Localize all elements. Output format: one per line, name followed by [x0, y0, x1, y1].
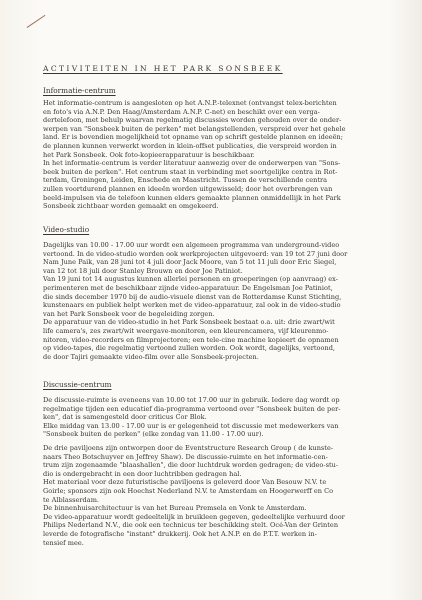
- text-line: op video-tapes, die regelmatig vertoond …: [43, 344, 422, 353]
- text-line: trum zijn zogenaamde "blaashallen", die …: [43, 461, 422, 470]
- text-line: Het materiaal voor deze futuristische pa…: [43, 478, 422, 487]
- document-page: ACTIVITEITEN IN HET PARK SONSBEEK Inform…: [0, 0, 422, 600]
- text-line: van het Park Sonsbeek voor de begeleidin…: [43, 310, 422, 319]
- document-title: ACTIVITEITEN IN HET PARK SONSBEEK: [43, 64, 283, 73]
- text-line: nitoren, video-recorders en filmprojecto…: [43, 336, 422, 345]
- paragraph: De drie paviljoens zijn ontworpen door d…: [43, 444, 422, 478]
- paragraph: De apparatuur van de video-studio in het…: [43, 318, 422, 361]
- text-line: de plannen kunnen verwerkt worden in kle…: [43, 142, 422, 151]
- paragraph: Elke middag van 13.00 - 17.00 uur is er …: [43, 422, 422, 439]
- text-line: naars Theo Botschuyver en Jeffrey Shaw).…: [43, 453, 422, 462]
- text-line: Nam June Paik, van 28 juni tot 4 juli do…: [43, 258, 422, 267]
- text-line: kunstenaars en publiek helpt werken met …: [43, 301, 422, 310]
- text-line: tensief mee.: [43, 539, 422, 548]
- paragraph: De video-apparatuur wordt gedeeltelijk i…: [43, 513, 422, 547]
- text-line: Het informatie-centrum is aangesloten op…: [43, 99, 422, 108]
- text-line: perimenteren met de beschikbaar zijnde v…: [43, 284, 422, 293]
- text-line: beek buiten de perken". Het centrum staa…: [43, 168, 422, 177]
- paragraph: In het informatie-centrum is verder lite…: [43, 159, 422, 211]
- section-heading-video-studio: Video-studio: [43, 225, 89, 234]
- paragraph: Het informatie-centrum is aangesloten op…: [43, 99, 422, 159]
- paragraph: Van 19 juni tot 14 augustus kunnen aller…: [43, 275, 422, 318]
- text-line: De video-apparatuur wordt gedeeltelijk i…: [43, 513, 422, 522]
- pen-mark: [27, 15, 46, 28]
- paragraph: Dagelijks van 10.00 - 17.00 uur wordt ee…: [43, 241, 422, 275]
- text-line: Philips Nederland N.V., die ook een tech…: [43, 521, 422, 530]
- text-line: dio is ondergebracht in een door luchtri…: [43, 470, 422, 479]
- text-line: Elke middag van 13.00 - 17.00 uur is er …: [43, 422, 422, 431]
- paragraph: De discussie-ruimte is eveneens van 10.0…: [43, 396, 422, 422]
- text-line: De binnenhuisarchitectuur is van het Bur…: [43, 504, 422, 513]
- text-line: regelmatige tijden een educatief dia-pro…: [43, 405, 422, 414]
- text-line: zullen voortdurend plannen en ideeën wor…: [43, 185, 422, 194]
- text-line: life camera's, zes zwart/wit weergave-mo…: [43, 327, 422, 336]
- section-body-discussie-centrum: De discussie-ruimte is eveneens van 10.0…: [43, 396, 422, 547]
- text-line: land. Er is bovendien mogelijkheid tot o…: [43, 133, 422, 142]
- text-line: beeld-impulsen via de telefoon kunnen el…: [43, 194, 422, 203]
- text-line: De drie paviljoens zijn ontworpen door d…: [43, 444, 422, 453]
- text-line: die sinds december 1970 bij de audio-vis…: [43, 293, 422, 302]
- text-line: ken", dat is samengesteld door criticus …: [43, 413, 422, 422]
- section-body-video-studio: Dagelijks van 10.00 - 17.00 uur wordt ee…: [43, 241, 422, 361]
- text-line: Dagelijks van 10.00 - 17.00 uur wordt ee…: [43, 241, 422, 250]
- text-line: van 12 tot 18 juli door Stanley Brouwn e…: [43, 267, 422, 276]
- text-line: leverde de fotografische "instant" drukk…: [43, 530, 422, 539]
- text-line: de door Tajiri gemaakte video-film over …: [43, 353, 422, 362]
- text-line: Van 19 juni tot 14 augustus kunnen aller…: [43, 275, 422, 284]
- text-line: Sonsbeek zichtbaar worden gemaakt en omg…: [43, 202, 422, 211]
- text-line: het Park Sonsbeek. Ook foto-kopieerappar…: [43, 151, 422, 160]
- text-line: dertelefoon, met behulp waarvan regelmat…: [43, 116, 422, 125]
- text-line: In het informatie-centrum is verder lite…: [43, 159, 422, 168]
- section-body-informatie-centrum: Het informatie-centrum is aangesloten op…: [43, 99, 422, 211]
- paragraph: Het materiaal voor deze futuristische pa…: [43, 478, 422, 504]
- text-line: werpen van "Sonsbeek buiten de perken" m…: [43, 125, 422, 134]
- text-line: en foto's via A.N.P. Den Haag/Amsterdam …: [43, 108, 422, 117]
- section-heading-discussie-centrum: Discussie-centrum: [43, 380, 111, 389]
- paragraph: De binnenhuisarchitectuur is van het Bur…: [43, 504, 422, 513]
- text-line: vertoond. In de video-studio worden ook …: [43, 250, 422, 259]
- section-heading-informatie-centrum: Informatie-centrum: [43, 86, 116, 95]
- text-line: te Alblasserdam.: [43, 496, 422, 505]
- text-line: "Sonsbeek buiten de perken" (elke zondag…: [43, 430, 422, 439]
- text-line: terdam, Groningen, Leiden, Enschede en M…: [43, 176, 422, 185]
- text-line: De apparatuur van de video-studio in het…: [43, 318, 422, 327]
- text-line: Goirle; sponsors zijn ook Hoechst Nederl…: [43, 487, 422, 496]
- text-line: De discussie-ruimte is eveneens van 10.0…: [43, 396, 422, 405]
